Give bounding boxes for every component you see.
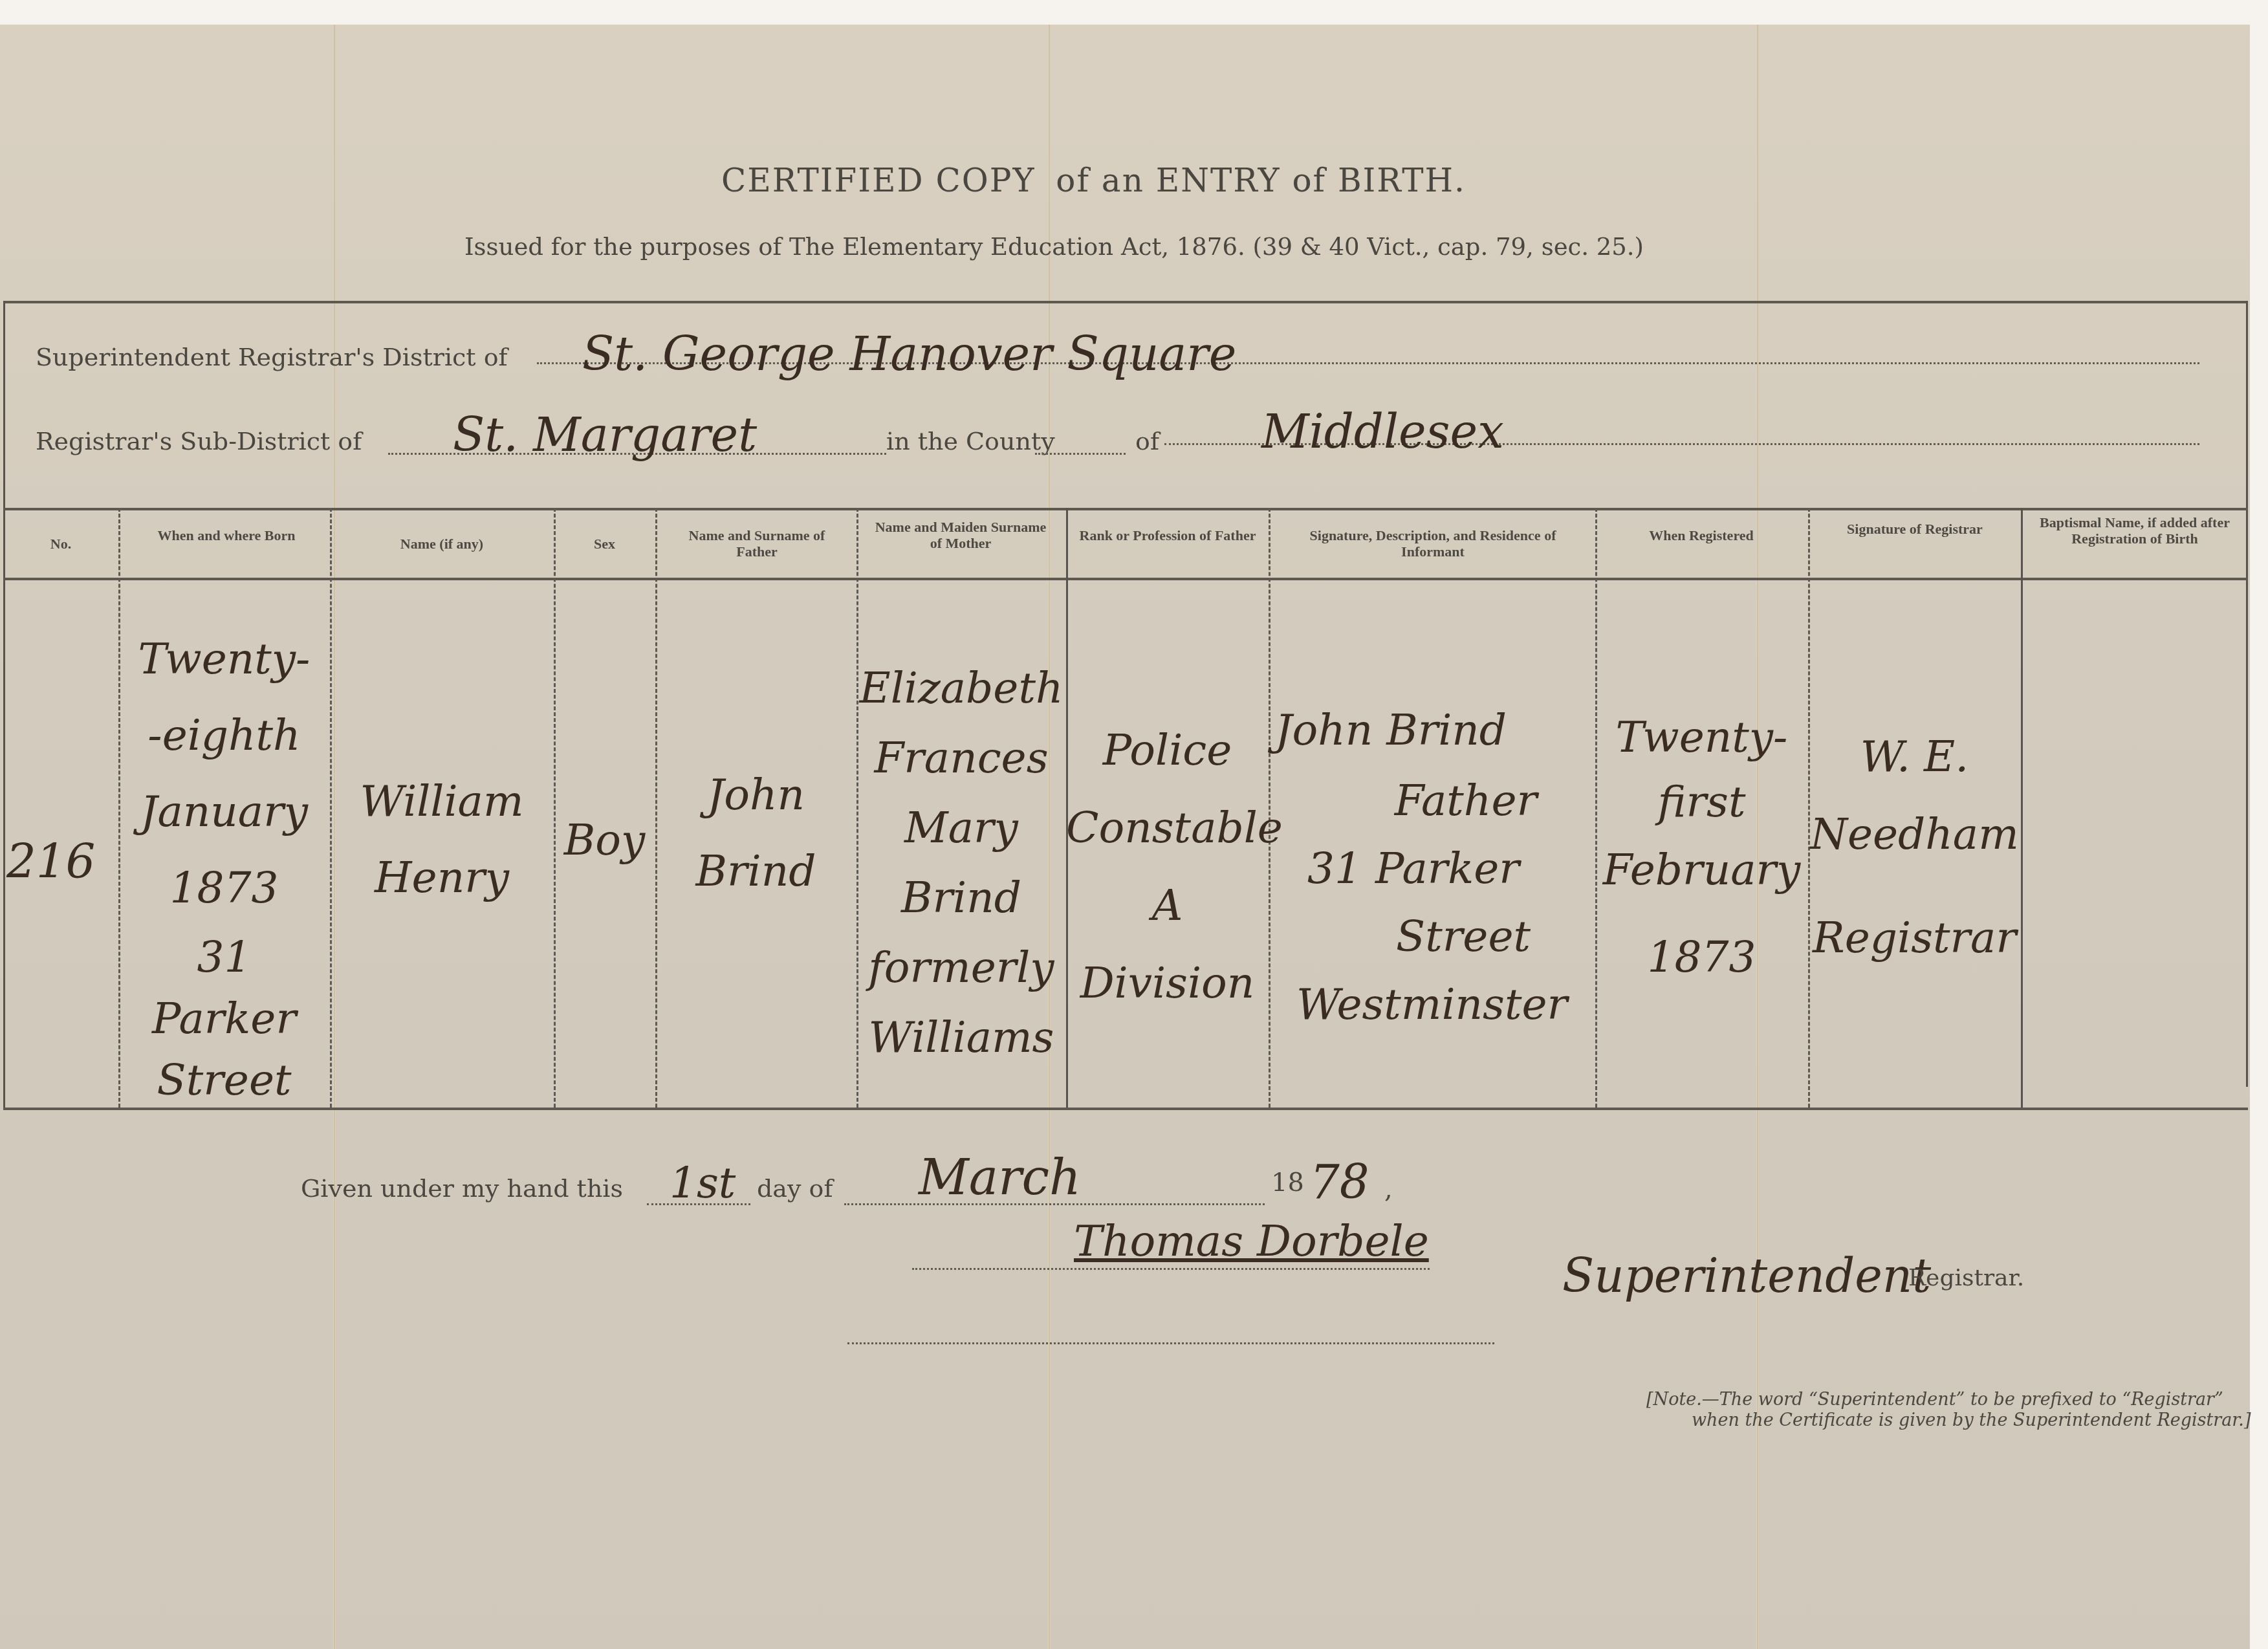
mother-line: Williams [856,1003,1066,1073]
subdistrict-label: Registrar's Sub-District of [36,427,362,455]
county-of-label: of [1135,427,1159,455]
document-title: CERTIFIED COPY of an ENTRY of BIRTH. [721,162,1466,199]
mother-line: Brind [856,863,1066,933]
column-header-when-where-born: When and where Born [149,527,304,543]
born-line: 1873 [118,850,330,926]
county-blank-line [1035,453,1126,455]
year-prefix: 18 [1271,1168,1304,1197]
mother-line: Mary [856,793,1066,863]
title-right: of an ENTRY of BIRTH. [1056,162,1466,199]
registrar-signature: Thomas Dorbele [1074,1216,1429,1266]
mother-line: formerly [856,933,1066,1003]
superintendent-district-label: Superintendent Registrar's District of [36,343,508,371]
column-header-sex: Sex [554,536,655,552]
father-line: Brind [655,833,856,910]
table-header-bottom-rule [3,578,2248,580]
name-line: Henry [330,840,554,916]
month-value: March [919,1148,1081,1206]
cell-when-registered: Twenty- first February 1873 [1595,705,1808,1009]
signature-line-1 [912,1268,1430,1270]
registered-line: February [1595,835,1808,906]
footnote-line-2: when the Certificate is given by the Sup… [1692,1410,2251,1430]
day-of-label: day of [757,1174,833,1203]
cell-child-name: William Henry [330,763,554,916]
column-header-rank: Rank or Profession of Father [1074,527,1261,543]
name-line: William [330,763,554,840]
frame-left-rule [3,301,5,1109]
county-label: in the County [886,427,1055,455]
date-comma: , [1384,1174,1393,1204]
born-line: Parker [118,988,330,1049]
mother-line: Elizabeth [856,653,1066,723]
rank-line: A [1066,867,1269,945]
registrar-line: Needham [1808,796,2021,873]
rank-line: Constable [1066,789,1269,867]
cell-informant: John Brind Father 31 Parker Street Westm… [1269,692,1595,1040]
column-header-father: Name and Surname of Father [673,527,841,560]
column-header-when-registered: When Registered [1643,527,1760,543]
informant-line: Street [1269,904,1595,969]
column-header-baptismal-name: Baptismal Name, if added after Registrat… [2031,514,2238,547]
year-suffix: 78 [1310,1155,1369,1209]
born-line: 31 [118,926,330,988]
entry-number: 216 [6,835,95,889]
column-header-name: Name (if any) [330,536,554,552]
column-header-mother: Name and Maiden Surname of Mother [873,519,1048,551]
father-line: John [655,757,856,833]
day-value: 1st [670,1158,736,1208]
column-header-registrar-signature: Signature of Registrar [1837,521,1992,537]
title-left: CERTIFIED COPY [721,162,1035,199]
registrar-line: W. E. [1808,718,2021,796]
cell-rank-profession: Police Constable A Division [1066,712,1269,1022]
informant-line: Westminster [1269,969,1595,1040]
registrar-line: Registrar [1808,873,2021,1003]
superintendent-handwritten: Superintendent [1562,1249,1931,1303]
born-line: Street [118,1049,330,1111]
mother-line: Frances [856,723,1066,793]
given-under-label: Given under my hand this [301,1174,623,1203]
registered-line: 1873 [1595,906,1808,1009]
rank-line: Police [1066,712,1269,789]
registered-line: first [1595,770,1808,835]
born-line: January [118,774,330,850]
county-value: Middlesex [1261,404,1504,459]
table-bottom-rule [3,1108,2248,1110]
cell-sex: Boy [554,802,655,879]
cell-when-where-born: Twenty- -eighth January 1873 31 Parker S… [118,621,330,1111]
column-header-no: No. [3,536,118,552]
informant-line: John Brind [1269,692,1595,769]
cell-father: John Brind [655,757,856,910]
born-line: -eighth [118,697,330,774]
cell-mother: Elizabeth Frances Mary Brind formerly Wi… [856,653,1066,1073]
table-top-rule [3,508,2248,510]
frame-right-rule [2246,301,2248,1087]
sex-value: Boy [554,802,655,879]
rank-line: Division [1066,945,1269,1022]
signature-line-2 [847,1342,1494,1344]
registered-line: Twenty- [1595,705,1808,770]
informant-line: 31 Parker [1269,833,1595,904]
informant-line: Father [1269,769,1595,833]
document-subtitle: Issued for the purposes of The Elementar… [464,233,1644,261]
column-header-informant: Signature, Description, and Residence of… [1294,527,1572,560]
column-divider [2021,508,2023,1108]
registrar-printed-label: Registrar. [1908,1265,2024,1291]
born-line: Twenty- [118,621,330,697]
footnote-line-1: [Note.—The word “Superintendent” to be p… [1646,1390,2223,1410]
cell-registrar-signature: W. E. Needham Registrar [1808,718,2021,1003]
superintendent-district-value: St. George Hanover Square [582,327,1236,381]
frame-top-rule [3,301,2248,303]
subdistrict-value: St. Margaret [453,408,757,462]
